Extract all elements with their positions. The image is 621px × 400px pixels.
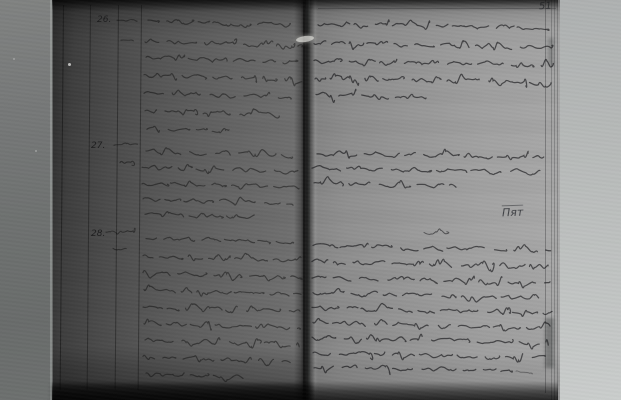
entry-number: 26.	[97, 15, 111, 25]
marginal-mark: Пят	[502, 206, 524, 220]
paper-speck	[68, 63, 71, 66]
paper-speck	[35, 150, 37, 152]
handwriting-ink	[0, 0, 621, 400]
entry-number: 28.	[91, 229, 105, 239]
top-edge-shadow	[52, 0, 558, 11]
ledger-photo: 26. 27. 28. 51 Пят	[0, 0, 621, 400]
bottom-edge-shadow	[52, 384, 312, 400]
paper-speck	[13, 58, 15, 60]
entry-number: 27.	[91, 141, 105, 151]
